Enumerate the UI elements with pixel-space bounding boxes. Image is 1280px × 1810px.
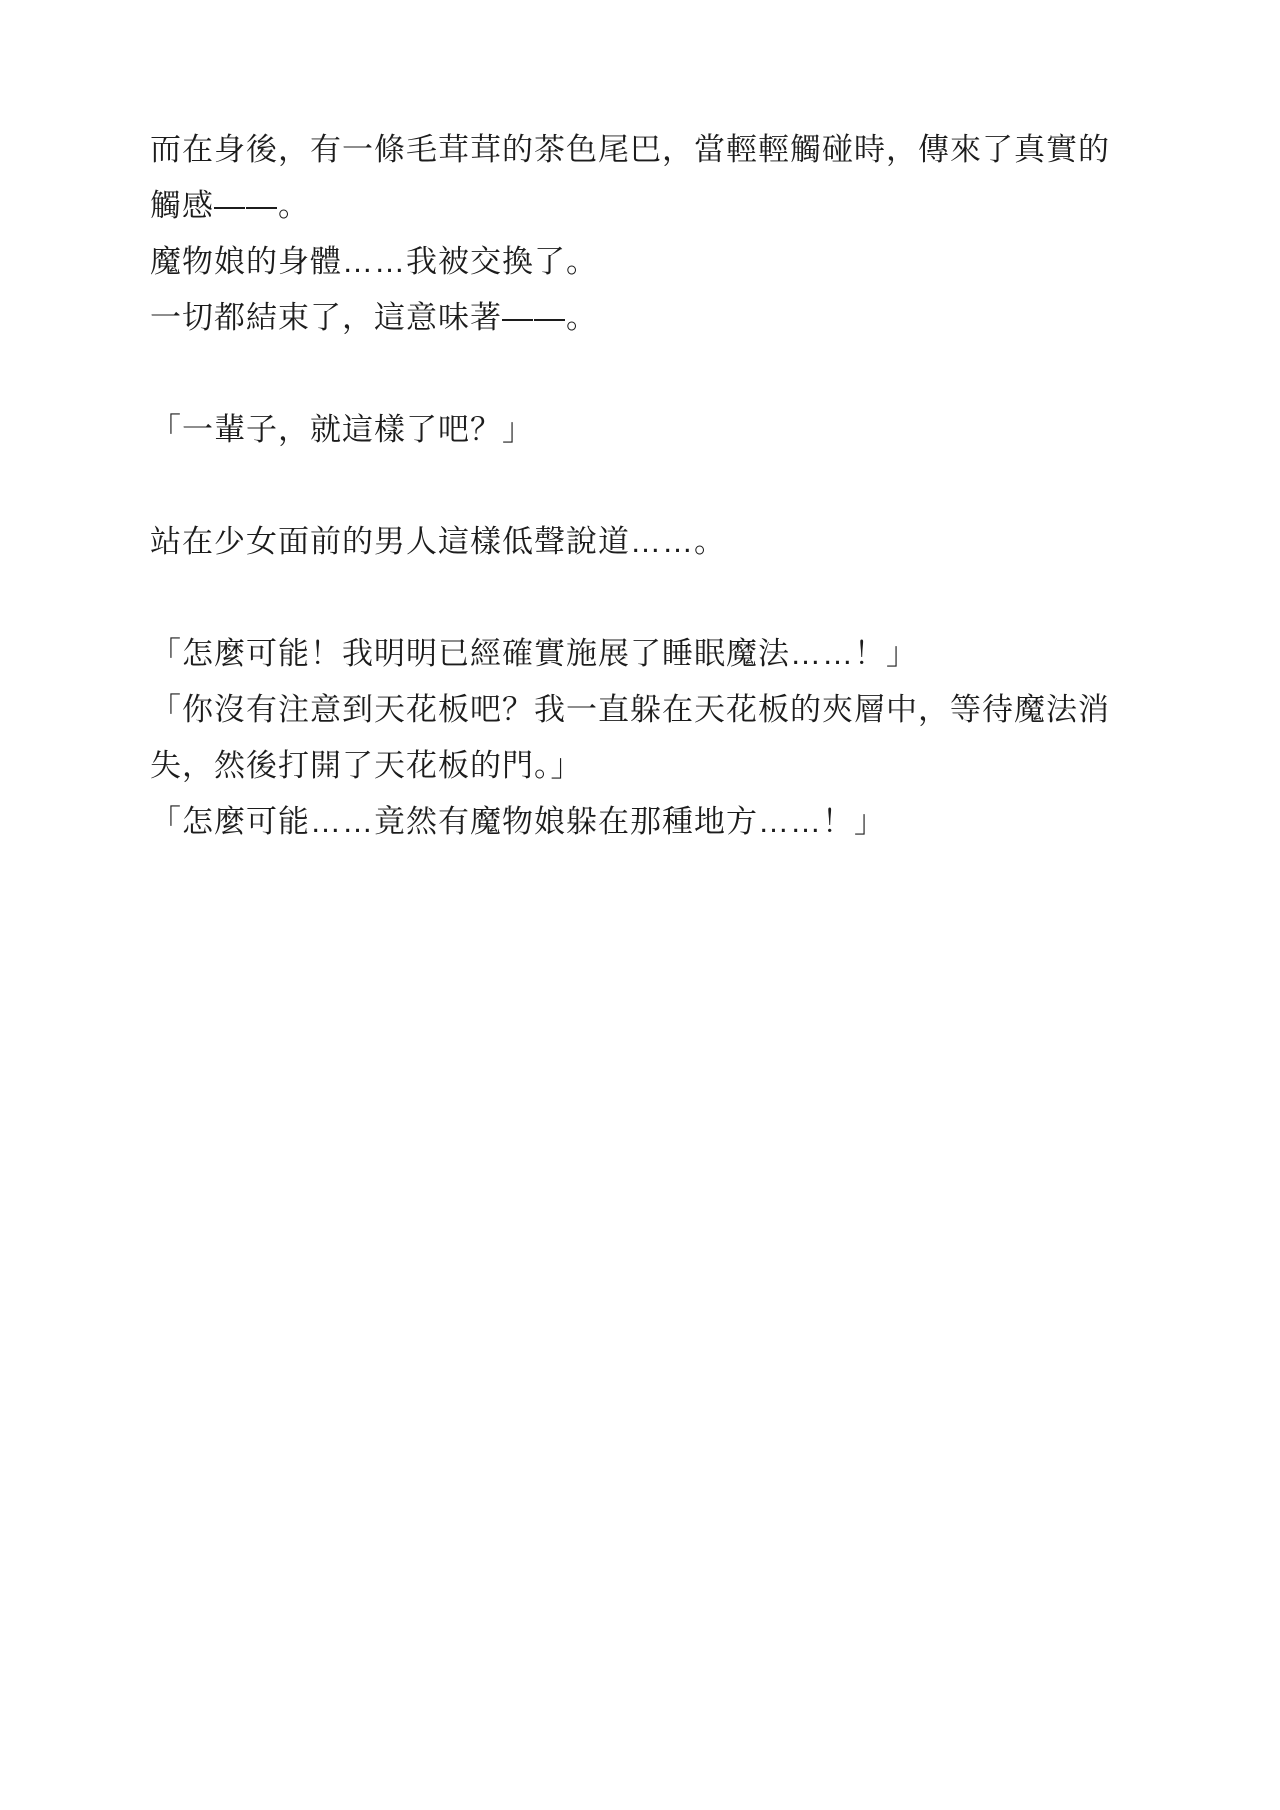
text-line: 失，然後打開了天花板的門。」 [150, 738, 1132, 794]
paragraph: 一切都結束了，這意味著——。 [150, 290, 1132, 346]
text-line: 魔物娘的身體……我被交換了。 [150, 234, 1132, 290]
blank-line [150, 570, 1132, 626]
paragraph: 站在少女面前的男人這樣低聲說道……。 [150, 514, 1132, 570]
text-line: 一切都結束了，這意味著——。 [150, 290, 1132, 346]
paragraph: 魔物娘的身體……我被交換了。 [150, 234, 1132, 290]
text-line: 「你沒有注意到天花板吧？我一直躲在天花板的夾層中，等待魔法消 [150, 682, 1132, 738]
text-line: 「怎麼可能……竟然有魔物娘躲在那種地方……！」 [150, 794, 1132, 850]
paragraph: 「一輩子，就這樣了吧？」 [150, 402, 1132, 458]
text-line: 站在少女面前的男人這樣低聲說道……。 [150, 514, 1132, 570]
paragraph: 「怎麼可能！我明明已經確實施展了睡眠魔法……！」 [150, 626, 1132, 682]
text-line: 「一輩子，就這樣了吧？」 [150, 402, 1132, 458]
text-block: 而在身後，有一條毛茸茸的茶色尾巴，當輕輕觸碰時，傳來了真實的 觸感——。 魔物娘… [150, 122, 1132, 850]
blank-line [150, 346, 1132, 402]
paragraph: 「你沒有注意到天花板吧？我一直躲在天花板的夾層中，等待魔法消 失，然後打開了天花… [150, 682, 1132, 794]
blank-line [150, 458, 1132, 514]
text-line: 「怎麼可能！我明明已經確實施展了睡眠魔法……！」 [150, 626, 1132, 682]
page: 而在身後，有一條毛茸茸的茶色尾巴，當輕輕觸碰時，傳來了真實的 觸感——。 魔物娘… [0, 0, 1280, 1810]
paragraph: 「怎麼可能……竟然有魔物娘躲在那種地方……！」 [150, 794, 1132, 850]
paragraph: 而在身後，有一條毛茸茸的茶色尾巴，當輕輕觸碰時，傳來了真實的 觸感——。 [150, 122, 1132, 234]
text-line: 觸感——。 [150, 178, 1132, 234]
text-line: 而在身後，有一條毛茸茸的茶色尾巴，當輕輕觸碰時，傳來了真實的 [150, 122, 1132, 178]
